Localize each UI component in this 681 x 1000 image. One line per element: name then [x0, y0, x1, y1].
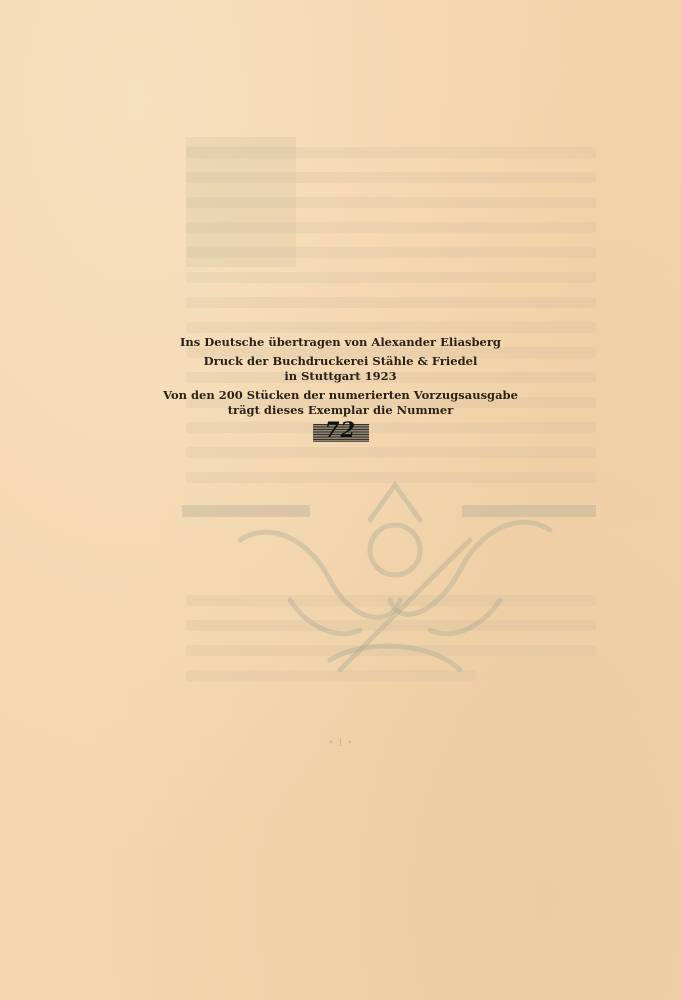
- bleed-through-page-number: • 1 •: [0, 738, 681, 749]
- bleed-through-ornament: [230, 480, 560, 680]
- place-year-line: in Stuttgart 1923: [0, 369, 681, 384]
- book-page: Ins Deutsche übertragen von Alexander El…: [0, 0, 681, 1000]
- copy-number: 72: [313, 422, 369, 437]
- bleed-through-text-line: [186, 147, 596, 158]
- bleed-through-text-line: [186, 447, 596, 458]
- bleed-through-text-line: [186, 222, 596, 233]
- colophon: Ins Deutsche übertragen von Alexander El…: [0, 335, 681, 446]
- bleed-through-text-line: [186, 197, 596, 208]
- bleed-through-text-line: [186, 297, 596, 308]
- copy-number-box: 72: [313, 424, 369, 442]
- bleed-through-text-line: [186, 322, 596, 333]
- bleed-through-text-line: [186, 272, 596, 283]
- copy-line: trägt dieses Exemplar die Nummer: [0, 403, 681, 418]
- edition-line: Von den 200 Stücken der numerierten Vorz…: [0, 388, 681, 403]
- bleed-through-text-line: [186, 247, 596, 258]
- bleed-through-text-line: [186, 172, 596, 183]
- printer-line: Druck der Buchdruckerei Stähle & Friedel: [0, 354, 681, 369]
- translator-line: Ins Deutsche übertragen von Alexander El…: [0, 335, 681, 350]
